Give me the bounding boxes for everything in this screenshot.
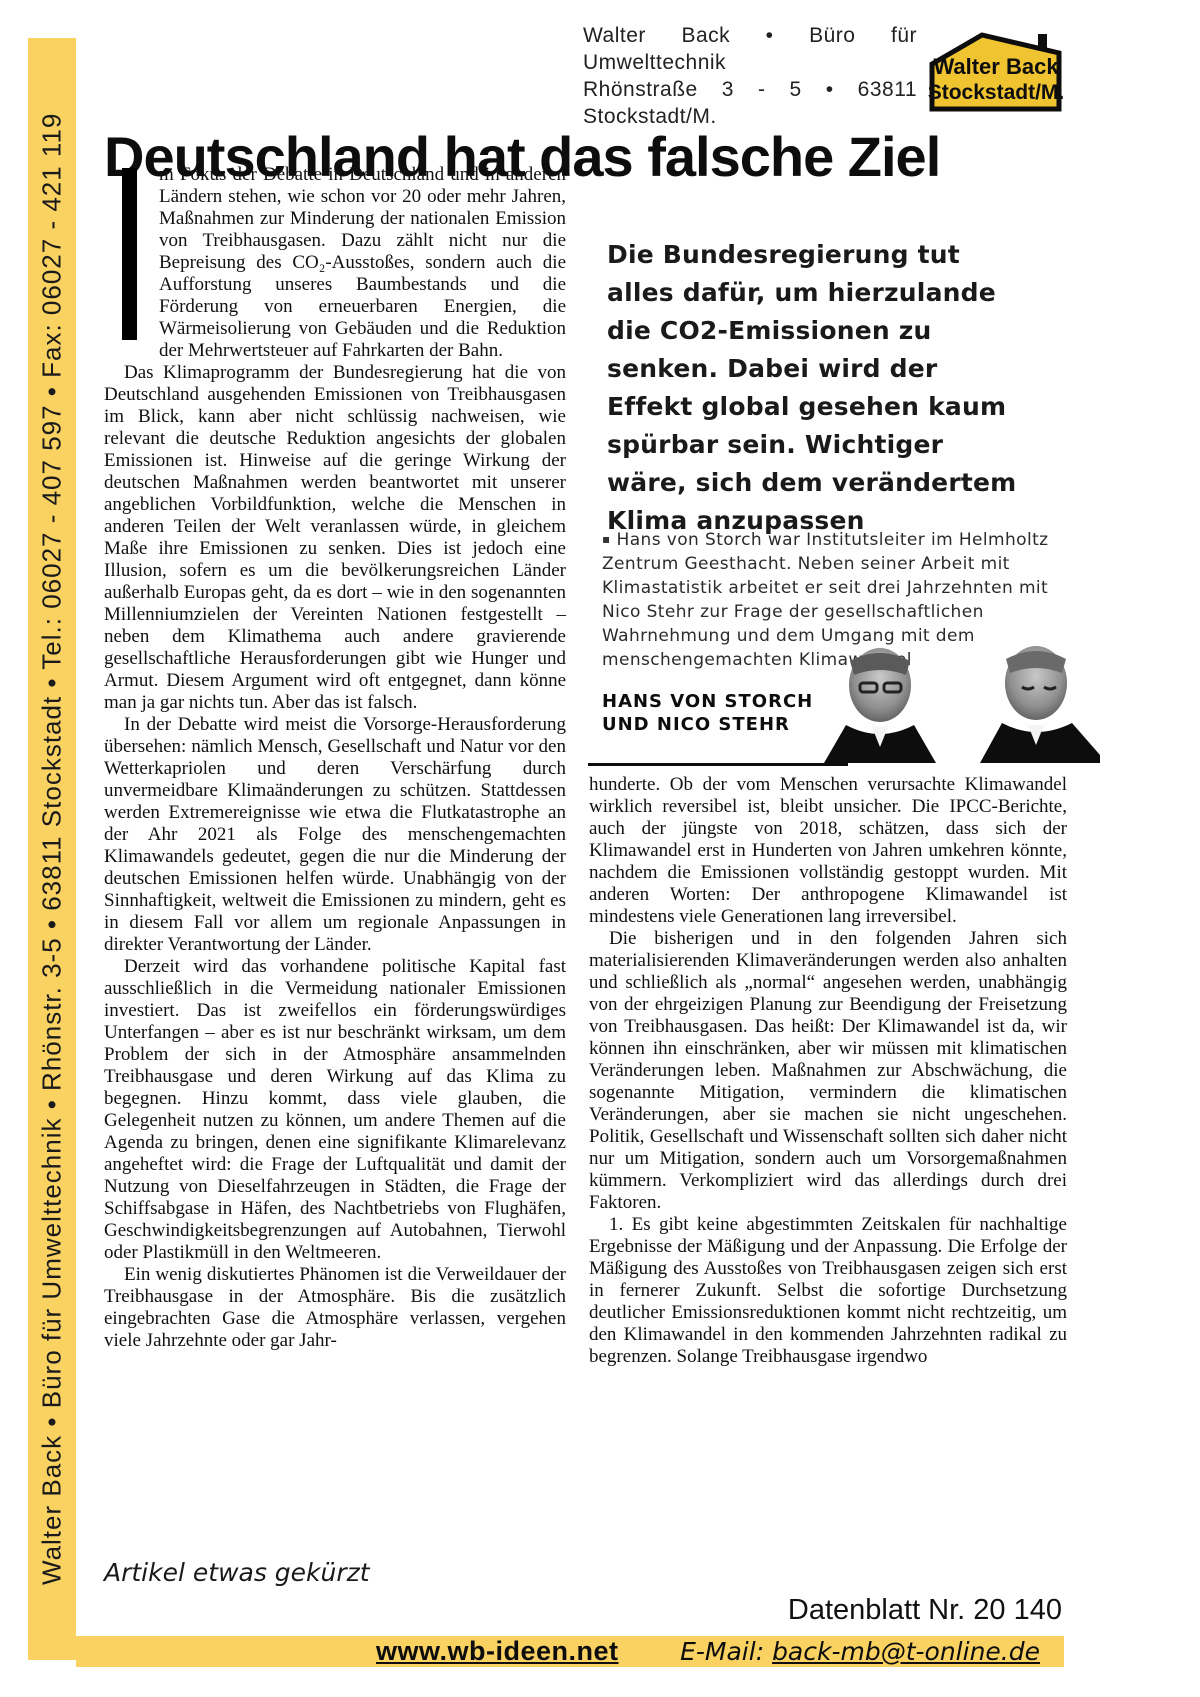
email-contact: E-Mail: back-mb@t-online.de [680,1637,1040,1666]
vertical-contact-bar: Walter Back • Büro für Umwelttechnik • R… [28,38,76,1660]
header-address-line2: Rhönstraße 3 - 5 • 63811 Stockstadt/M. [583,76,917,130]
datasheet-page: Walter Back • Büro für Umwelttechnik • R… [0,0,1200,1697]
datasheet-number: Datenblatt Nr. 20 140 [660,1594,1062,1627]
paragraph: In der Debatte wird meist die Vorsorge-H… [104,714,566,956]
house-logo-icon: Walter Back Stockstadt/M. [926,32,1066,112]
email-label: E-Mail: [680,1637,772,1666]
article-left-column: m Fokus der Debatte in Deutschland und i… [104,164,566,1352]
article-right-column: hunderte. Ob der vom Menschen verursacht… [589,774,1067,1368]
logo-text-line1: Walter Back [933,54,1059,79]
authors-photo [788,643,1100,763]
website-link[interactable]: www.wb-ideen.net [376,1636,619,1667]
byline: HANS VON STORCH UND NICO STEHR [602,690,813,736]
paragraph: Ein wenig diskutiertes Phänomen ist die … [104,1264,566,1352]
header-address: Walter Back • Büro für Umwelttechnik Rhö… [583,22,917,130]
email-link[interactable]: back-mb@t-online.de [772,1637,1040,1666]
byline-divider [588,763,848,766]
logo-text-line2: Stockstadt/M. [928,81,1065,104]
byline-line1: HANS VON STORCH [602,690,813,713]
company-logo: Walter Back Stockstadt/M. [926,32,1066,112]
bullet-icon: ▪ [602,532,611,546]
paragraph: Das Klimaprogramm der Bundesregierung ha… [104,362,566,714]
authors-photo-image [788,643,1100,763]
article-footnote: Artikel etwas gekürzt [104,1558,370,1587]
paragraph: m Fokus der Debatte in Deutschland und i… [104,164,566,362]
paragraph: Derzeit wird das vorhandene politische K… [104,956,566,1264]
byline-line2: UND NICO STEHR [602,713,813,736]
header-address-line1: Walter Back • Büro für Umwelttechnik [583,22,917,76]
footer-bar: www.wb-ideen.net E-Mail: back-mb@t-onlin… [76,1636,1064,1667]
pull-quote: Die Bundesregierung tut alles dafür, um … [607,236,1027,540]
paragraph: 1. Es gibt keine abgestimmten Zeitskalen… [589,1214,1067,1368]
dropcap-letter-i [122,168,137,340]
paragraph-text: m Fokus der Debatte in Deutschland und i… [159,164,566,361]
paragraph: Die bisherigen und in den folgenden Jahr… [589,928,1067,1214]
vertical-contact-text: Walter Back • Büro für Umwelttechnik • R… [28,38,76,1660]
paragraph: hunderte. Ob der vom Menschen verursacht… [589,774,1067,928]
